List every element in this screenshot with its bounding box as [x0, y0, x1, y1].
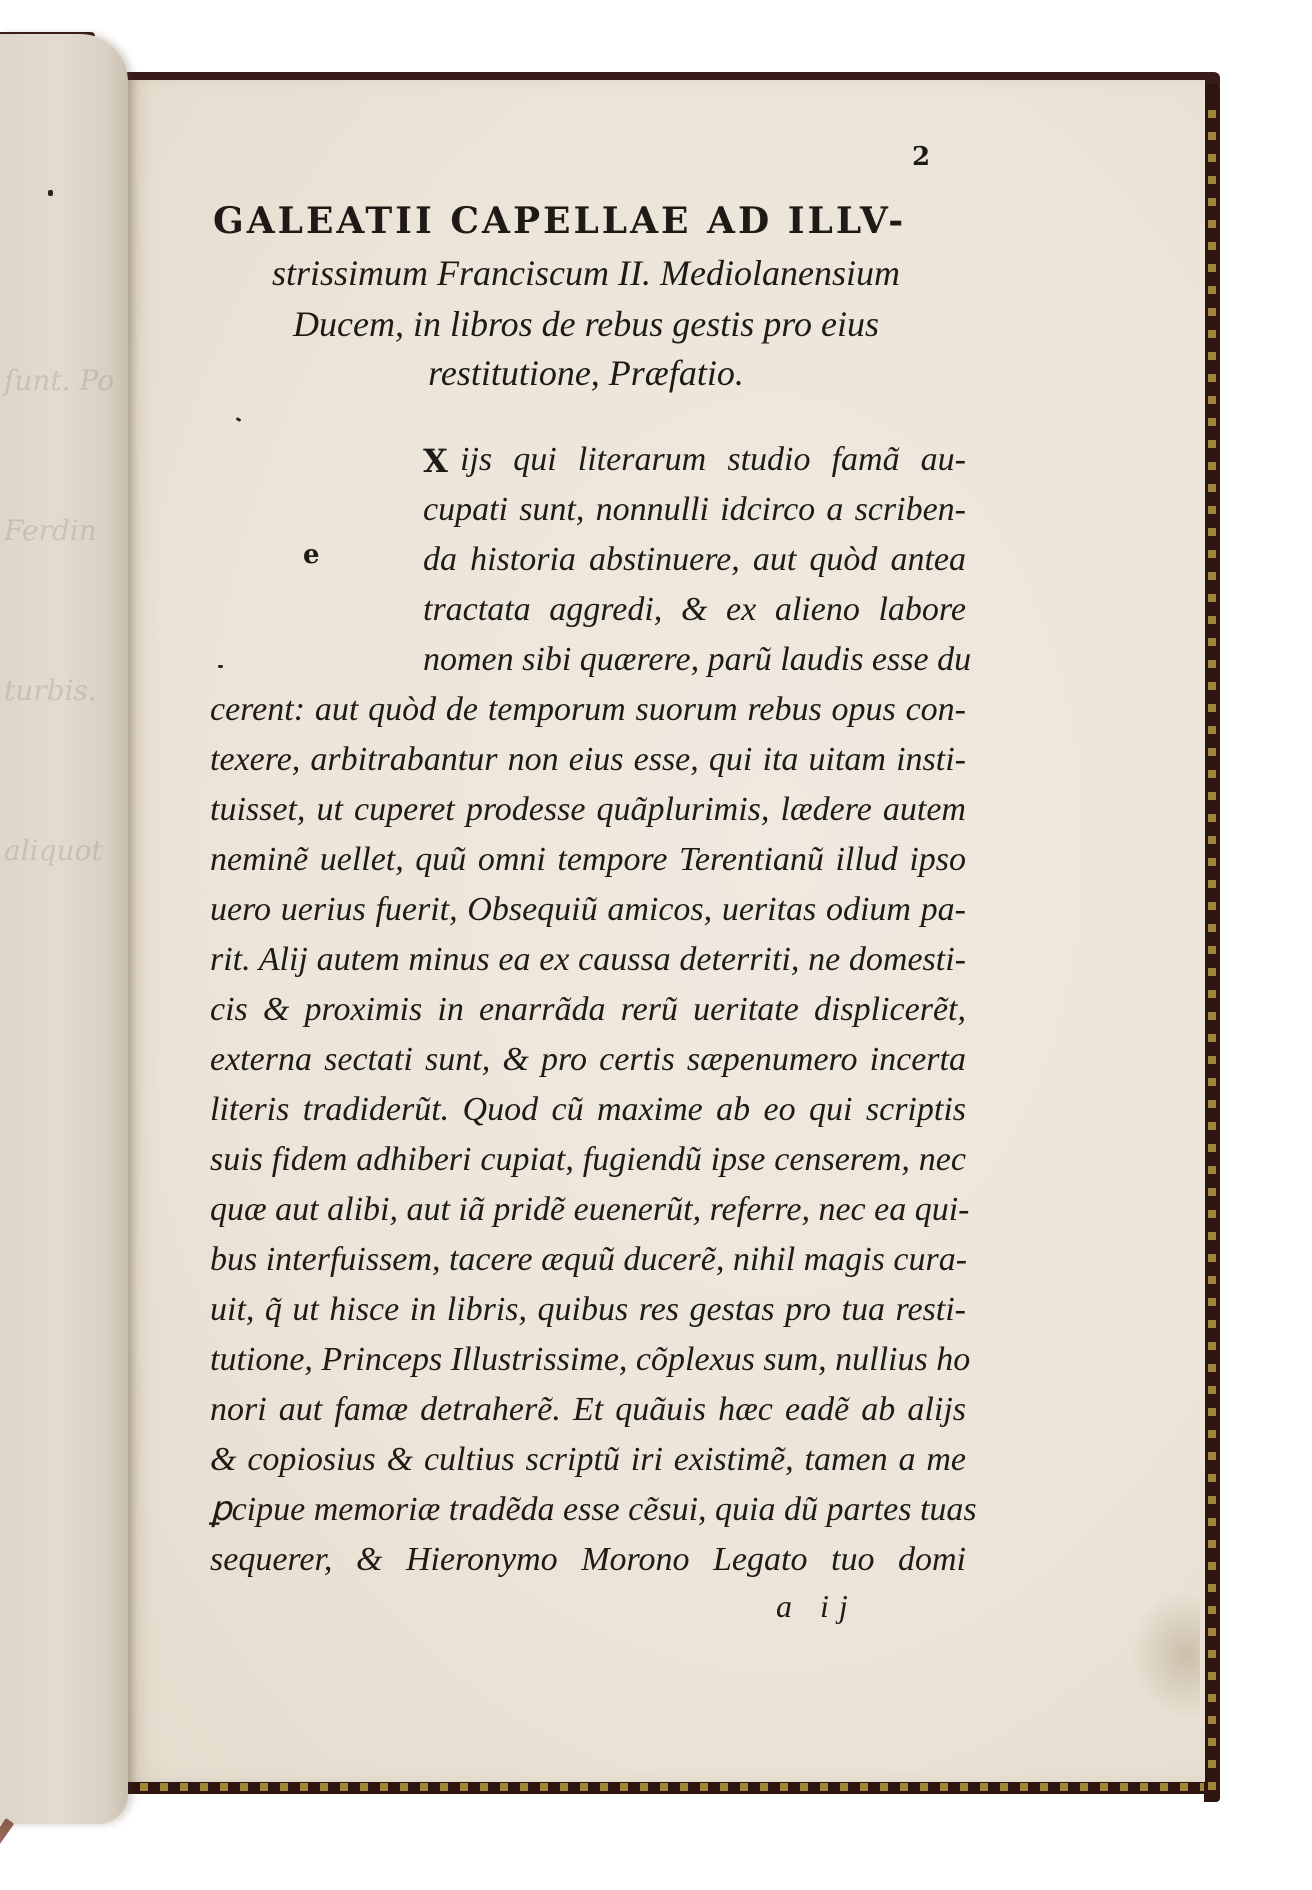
- body-line: bus interfuissem, tacere æquũ ducerẽ, ni…: [210, 1240, 966, 1280]
- water-stain: [1130, 1590, 1200, 1720]
- body-line: sequerer, & Hieronymo Morono Legato tuo …: [210, 1540, 966, 1580]
- gilt-tooling-bottom: [132, 1783, 1204, 1791]
- body-line: suis fidem adhiberi cupiat, fugiendũ ips…: [210, 1140, 966, 1180]
- body-line: cis & proximis in enarrãda rerũ ueritate…: [210, 990, 966, 1030]
- body-line: quæ aut alibi, aut iã pridẽ euenerũt, re…: [210, 1190, 966, 1230]
- book-spread: 2 GALEATII CAPELLAE AD ILLV- strissimum …: [0, 0, 1312, 1890]
- body-line: tractata aggredi, & ex alieno labore: [423, 590, 966, 630]
- show-through-text: Ferdin: [4, 514, 97, 547]
- body-line: rit. Alij autem minus ea ex caussa deter…: [210, 940, 966, 980]
- title-line-2: strissimum Franciscum II. Mediolanensium: [210, 252, 962, 294]
- left-page: ſunt. Po Ferdin turbis. aliquot: [0, 34, 128, 1824]
- margin-speck: [218, 665, 223, 668]
- body-line: literis tradiderũt. Quod cũ maxime ab eo…: [210, 1090, 966, 1130]
- title-line-1: GALEATII CAPELLAE AD ILLV-: [213, 200, 953, 242]
- show-through-text: ſunt. Po: [4, 364, 114, 397]
- body-line: externa sectati sunt, & pro certis sæpen…: [210, 1040, 966, 1080]
- initial-letter: X: [423, 442, 448, 480]
- body-line: cerent: aut quòd de temporum suorum rebu…: [210, 690, 966, 730]
- ribbon-bookmark: [0, 1818, 14, 1873]
- body-line: tuisset, ut cuperet prodesse quãplurimis…: [210, 790, 966, 830]
- body-line: texere, arbitrabantur non eius esse, qui…: [210, 740, 966, 780]
- body-line: cupati sunt, nonnulli idcirco a scriben-: [423, 490, 966, 530]
- body-line: uero uerius fuerit, Obsequiũ amicos, uer…: [210, 890, 966, 930]
- title-line-4: restitutione, Præfatio.: [210, 352, 962, 394]
- body-line: neminẽ uellet, quũ omni tempore Terentia…: [210, 840, 966, 880]
- body-line: ijs qui literarum studio famã au-: [460, 440, 966, 480]
- body-line: nori aut famæ detraherẽ. Et quãuis hæc e…: [210, 1390, 966, 1430]
- gilt-tooling-right: [1208, 100, 1216, 1790]
- show-through-text: turbis.: [4, 674, 97, 707]
- body-line: nomen sibi quærere, parũ laudis esse du: [423, 640, 966, 680]
- signature-mark: a ij: [776, 1588, 858, 1625]
- title-line-3: Ducem, in libros de rebus gestis pro eiu…: [210, 303, 962, 345]
- body-line: uit, q̃ ut hisce in libris, quibus res g…: [210, 1290, 966, 1330]
- ink-speck: [48, 190, 53, 196]
- body-line: tutione, Princeps Illustrissime, cõplexu…: [210, 1340, 966, 1380]
- body-line: ꝑcipue memoriæ tradẽda esse cẽsui, quia …: [210, 1490, 966, 1530]
- show-through-text: aliquot: [4, 834, 103, 867]
- body-line: & copiosius & cultius scriptũ iri existi…: [210, 1440, 966, 1480]
- margin-letter-e: e: [303, 540, 320, 570]
- body-line: da historia abstinuere, aut quòd antea: [423, 540, 966, 580]
- folio-number: 2: [912, 142, 930, 172]
